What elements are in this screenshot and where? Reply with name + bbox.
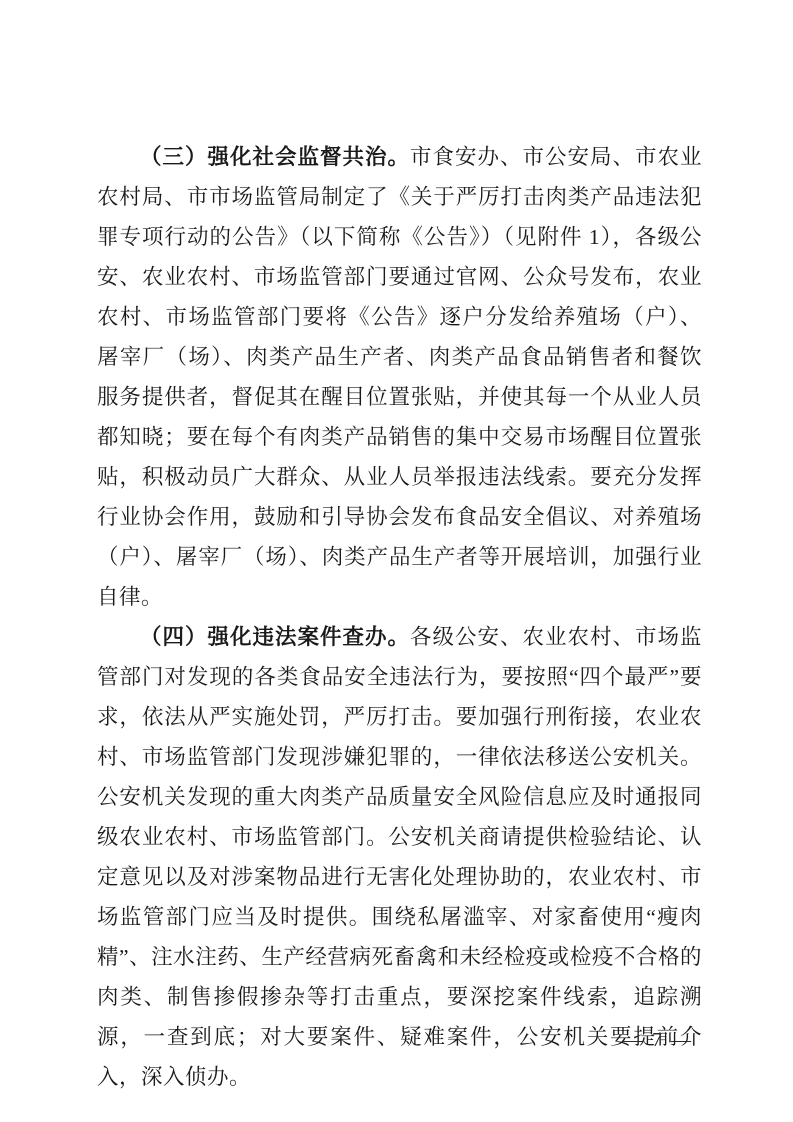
- document-page: （三）强化社会监督共治。市食安办、市公安局、市农业农村局、市市场监管局制定了《关…: [0, 0, 793, 1122]
- paragraph-section-3: （三）强化社会监督共治。市食安办、市公安局、市农业农村局、市市场监管局制定了《关…: [97, 137, 702, 617]
- paragraph-section-4-heading: （四）强化违法案件查办。: [140, 625, 410, 649]
- paragraph-section-4-body: 各级公安、农业农村、市场监管部门对发现的各类食品安全违法行为，要按照“四个最严”…: [97, 625, 702, 1089]
- document-body: （三）强化社会监督共治。市食安办、市公安局、市农业农村局、市市场监管局制定了《关…: [97, 137, 702, 1097]
- paragraph-section-3-body: 市食安办、市公安局、市农业农村局、市市场监管局制定了《关于严厉打击肉类产品违法犯…: [97, 145, 702, 609]
- paragraph-section-4: （四）强化违法案件查办。各级公安、农业农村、市场监管部门对发现的各类食品安全违法…: [97, 617, 702, 1097]
- paragraph-section-3-heading: （三）强化社会监督共治。: [140, 145, 410, 169]
- page-number: — 7 —: [608, 1029, 708, 1052]
